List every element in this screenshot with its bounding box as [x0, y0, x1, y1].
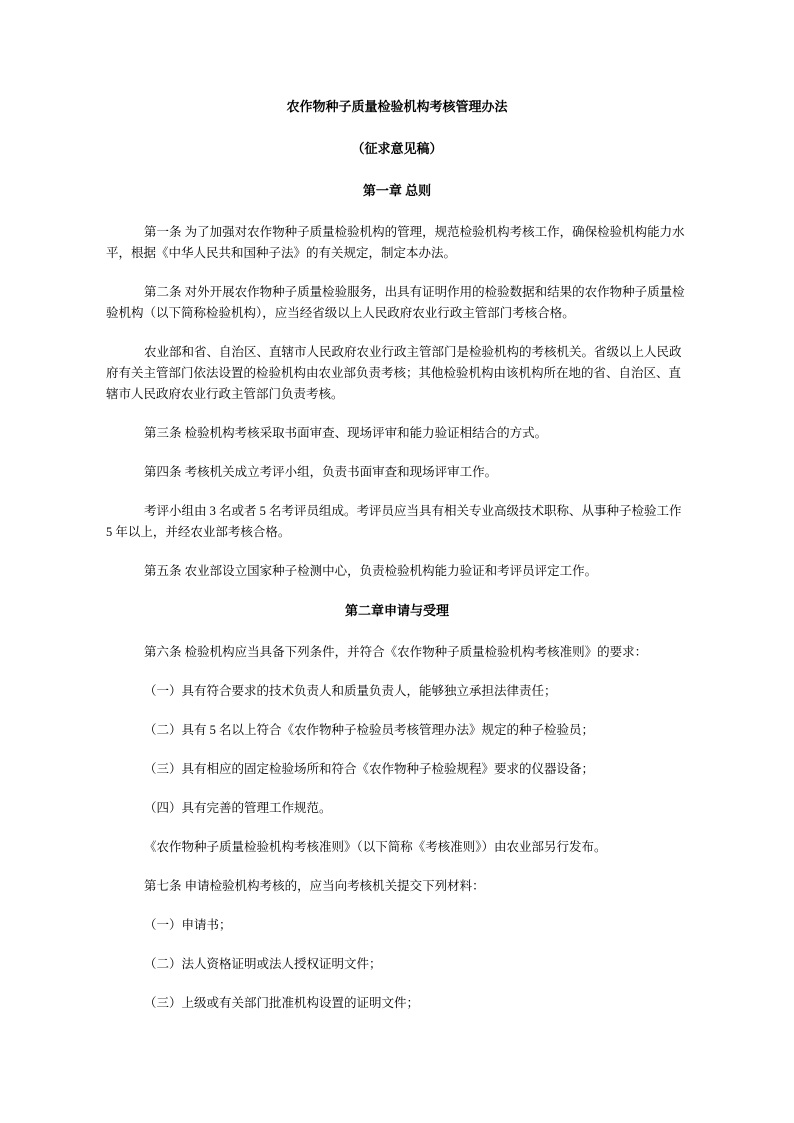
chapter-1-heading: 第一章 总则 — [106, 180, 688, 201]
paragraph-article-2-continuation: 农业部和省、自治区、直辖市人民政府农业行政主管部门是检验机构的考核机关。省级以上… — [106, 342, 688, 405]
paragraph-article-7-item-2: （二）法人资格证明或法人授权证明文件； — [106, 954, 688, 975]
document-page: 农作物种子质量检验机构考核管理办法 （征求意见稿） 第一章 总则 第一条 为了加… — [0, 0, 794, 1123]
paragraph-article-7-item-3: （三）上级或有关部门批准机构设置的证明文件； — [106, 993, 688, 1014]
paragraph-article-2: 第二条 对外开展农作物种子质量检验服务，出具有证明作用的检验数据和结果的农作物种… — [106, 282, 688, 324]
paragraph-article-6-item-4: （四）具有完善的管理工作规范。 — [106, 798, 688, 819]
doc-subtitle: （征求意见稿） — [106, 138, 688, 159]
paragraph-article-7-item-1: （一）申请书； — [106, 915, 688, 936]
paragraph-article-5: 第五条 农业部设立国家种子检测中心，负责检验机构能力验证和考评员评定工作。 — [106, 561, 688, 582]
paragraph-article-6-note: 《农作物种子质量检验机构考核准则》（以下简称《考核准则》）由农业部另行发布。 — [106, 837, 688, 858]
paragraph-article-7: 第七条 申请检验机构考核的，应当向考核机关提交下列材料： — [106, 876, 688, 897]
paragraph-article-6: 第六条 检验机构应当具备下列条件，并符合《农作物种子质量检验机构考核准则》的要求… — [106, 642, 688, 663]
paragraph-article-6-item-3: （三）具有相应的固定检验场所和符合《农作物种子检验规程》要求的仪器设备； — [106, 759, 688, 780]
chapter-2-heading: 第二章申请与受理 — [106, 600, 688, 621]
paragraph-article-1: 第一条 为了加强对农作物种子质量检验机构的管理，规范检验机构考核工作，确保检验机… — [106, 222, 688, 264]
paragraph-article-4: 第四条 考核机关成立考评小组，负责书面审查和现场评审工作。 — [106, 462, 688, 483]
paragraph-article-4-continuation: 考评小组由 3 名或者 5 名考评员组成。考评员应当具有相关专业高级技术职称、从… — [106, 501, 688, 543]
doc-title: 农作物种子质量检验机构考核管理办法 — [106, 96, 688, 117]
paragraph-article-3: 第三条 检验机构考核采取书面审查、现场评审和能力验证相结合的方式。 — [106, 423, 688, 444]
paragraph-article-6-item-2: （二）具有 5 名以上符合《农作物种子检验员考核管理办法》规定的种子检验员； — [106, 720, 688, 741]
paragraph-article-6-item-1: （一）具有符合要求的技术负责人和质量负责人，能够独立承担法律责任； — [106, 681, 688, 702]
